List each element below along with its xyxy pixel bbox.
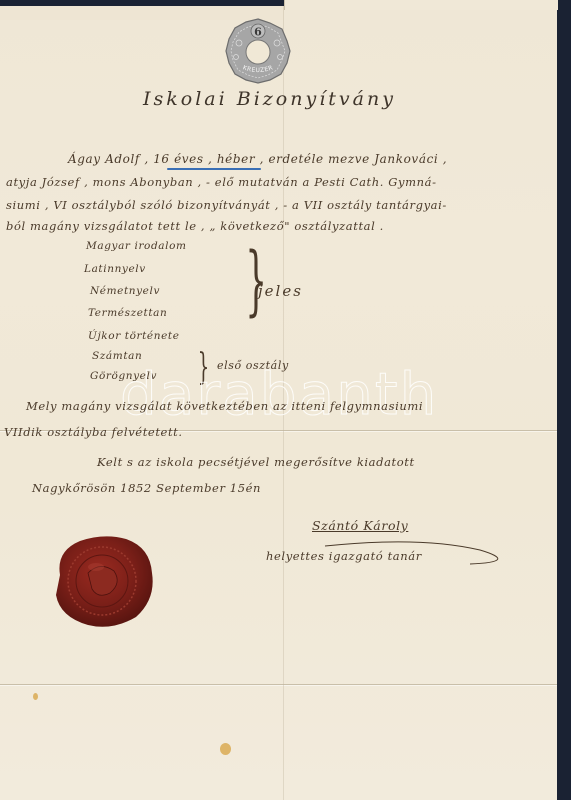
stain-spot: [33, 693, 38, 700]
age-underline: [167, 168, 261, 170]
wax-seal: [50, 533, 156, 631]
wax-seal-icon: [50, 533, 156, 631]
fold-line-lower: [0, 684, 557, 685]
body-line: Ágay Adolf , 16 éves , héber , erdetéle …: [68, 152, 447, 166]
revenue-stamp: 6 KREUZER: [224, 17, 292, 85]
signature-name: Szántó Károly: [312, 518, 408, 533]
result-line: Mely magány vizsgálat következtében az i…: [26, 399, 423, 413]
grade-value-1: jeles: [258, 282, 303, 300]
stamp-icon: 6 KREUZER: [224, 17, 292, 85]
paper-top-right-edge: [284, 0, 558, 10]
body-line: ból magány vizsgálatot tett le , „ követ…: [6, 219, 384, 233]
grade-brace-1: }: [245, 240, 267, 320]
document-title: Iskolai Bizonyítvány: [143, 88, 396, 110]
watermark: darabanth: [120, 360, 438, 428]
svg-text:6: 6: [254, 26, 262, 39]
subject-item: Németnyelv: [90, 285, 160, 297]
result-line: VIIdik osztályba felvétetett.: [4, 425, 183, 439]
subject-item: Újkor története: [88, 330, 180, 342]
signature-flourish: [320, 538, 540, 568]
subject-item: Természettan: [88, 307, 167, 319]
closing-line: Kelt s az iskola pecsétjével megerősítve…: [97, 455, 415, 469]
subject-item: Magyar irodalom: [86, 240, 187, 252]
body-line: siumi , VI osztályból szóló bizonyítvány…: [6, 198, 447, 212]
body-line: atyja József , mons Abonyban , - elő mut…: [6, 175, 437, 189]
subject-item: Latinnyelv: [84, 263, 146, 275]
closing-line: Nagykőrösön 1852 September 15én: [32, 481, 261, 495]
stain-spot: [220, 743, 231, 755]
